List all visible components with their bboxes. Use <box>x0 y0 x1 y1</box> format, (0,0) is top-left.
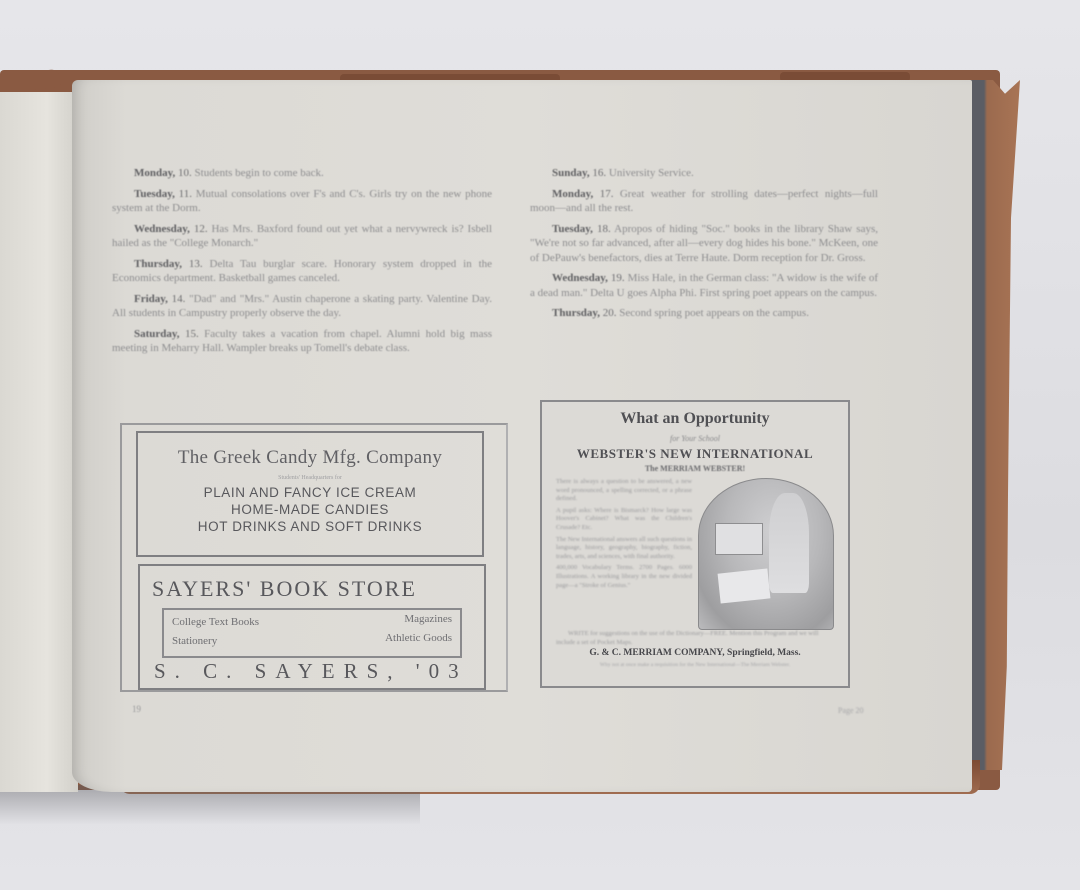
ad-item: Stationery <box>172 635 217 647</box>
ad-headline: What an Opportunity <box>542 410 848 428</box>
ad-line: PLAIN AND FANCY ICE CREAM <box>138 484 482 501</box>
calendar-entry: Thursday, 20. Second spring poet appears… <box>530 306 878 321</box>
book-page: Monday, 10. Students begin to come back.… <box>72 80 972 792</box>
ad-tagline: The MERRIAM WEBSTER! <box>542 464 848 473</box>
calendar-entry: Saturday, 15. Faculty takes a vacation f… <box>112 327 492 356</box>
ad-subtitle: Students' Headquarters for <box>138 475 482 481</box>
ad-title: The Greek Candy Mfg. Company <box>138 447 482 469</box>
calendar-entry: Monday, 10. Students begin to come back. <box>112 166 492 181</box>
ad-fine-print: Why not at once make a requisition for t… <box>542 662 848 669</box>
ad-product: WEBSTER'S NEW INTERNATIONAL <box>542 446 848 462</box>
illustration-person <box>769 493 809 593</box>
calendar-entry: Friday, 14. "Dad" and "Mrs." Austin chap… <box>112 292 492 321</box>
ad-write-text: WRITE for suggestions on the use of the … <box>556 630 834 647</box>
ad-line: HOME-MADE CANDIES <box>138 501 482 518</box>
page-number-right: Page 20 <box>838 706 864 715</box>
calendar-entry: Sunday, 16. University Service. <box>530 166 878 181</box>
calendar-entry: Wednesday, 19. Miss Hale, in the German … <box>530 271 878 300</box>
ad-sayers-book-store: SAYERS' BOOK STORE College Text Books Ma… <box>138 564 486 690</box>
ad-body-text: There is always a question to be answere… <box>556 478 692 593</box>
ad-item: Athletic Goods <box>385 632 452 644</box>
calendar-column-left: Monday, 10. Students begin to come back.… <box>112 166 492 362</box>
ad-subhead: for Your School <box>542 434 848 443</box>
left-page-edge <box>0 92 78 792</box>
ad-footer: S. C. SAYERS, '03 <box>154 659 468 684</box>
calendar-entry: Tuesday, 11. Mutual consolations over F'… <box>112 187 492 216</box>
ad-item: Magazines <box>404 613 452 625</box>
ad-items-box: College Text Books Magazines Stationery … <box>162 608 462 658</box>
calendar-column-right: Sunday, 16. University Service. Monday, … <box>530 166 878 327</box>
page-number-left: 19 <box>132 704 141 714</box>
calendar-entry: Thursday, 13. Delta Tau burglar scare. H… <box>112 257 492 286</box>
ad-webster-dictionary: What an Opportunity for Your School WEBS… <box>540 400 850 688</box>
calendar-entry: Wednesday, 12. Has Mrs. Baxford found ou… <box>112 222 492 251</box>
ad-item: College Text Books <box>172 616 259 628</box>
illustration-dictionary <box>718 568 771 603</box>
calendar-entry: Tuesday, 18. Apropos of hiding "Soc." bo… <box>530 222 878 266</box>
ad-illustration-woman-at-desk <box>698 478 834 630</box>
illustration-globe-frame <box>715 523 763 555</box>
ad-greek-candy: The Greek Candy Mfg. Company Students' H… <box>136 431 484 557</box>
calendar-entry: Monday, 17. Great weather for strolling … <box>530 187 878 216</box>
ad-title: SAYERS' BOOK STORE <box>152 576 484 602</box>
ad-line: HOT DRINKS AND SOFT DRINKS <box>138 518 482 535</box>
ad-company: G. & C. MERRIAM COMPANY, Springfield, Ma… <box>542 648 848 658</box>
